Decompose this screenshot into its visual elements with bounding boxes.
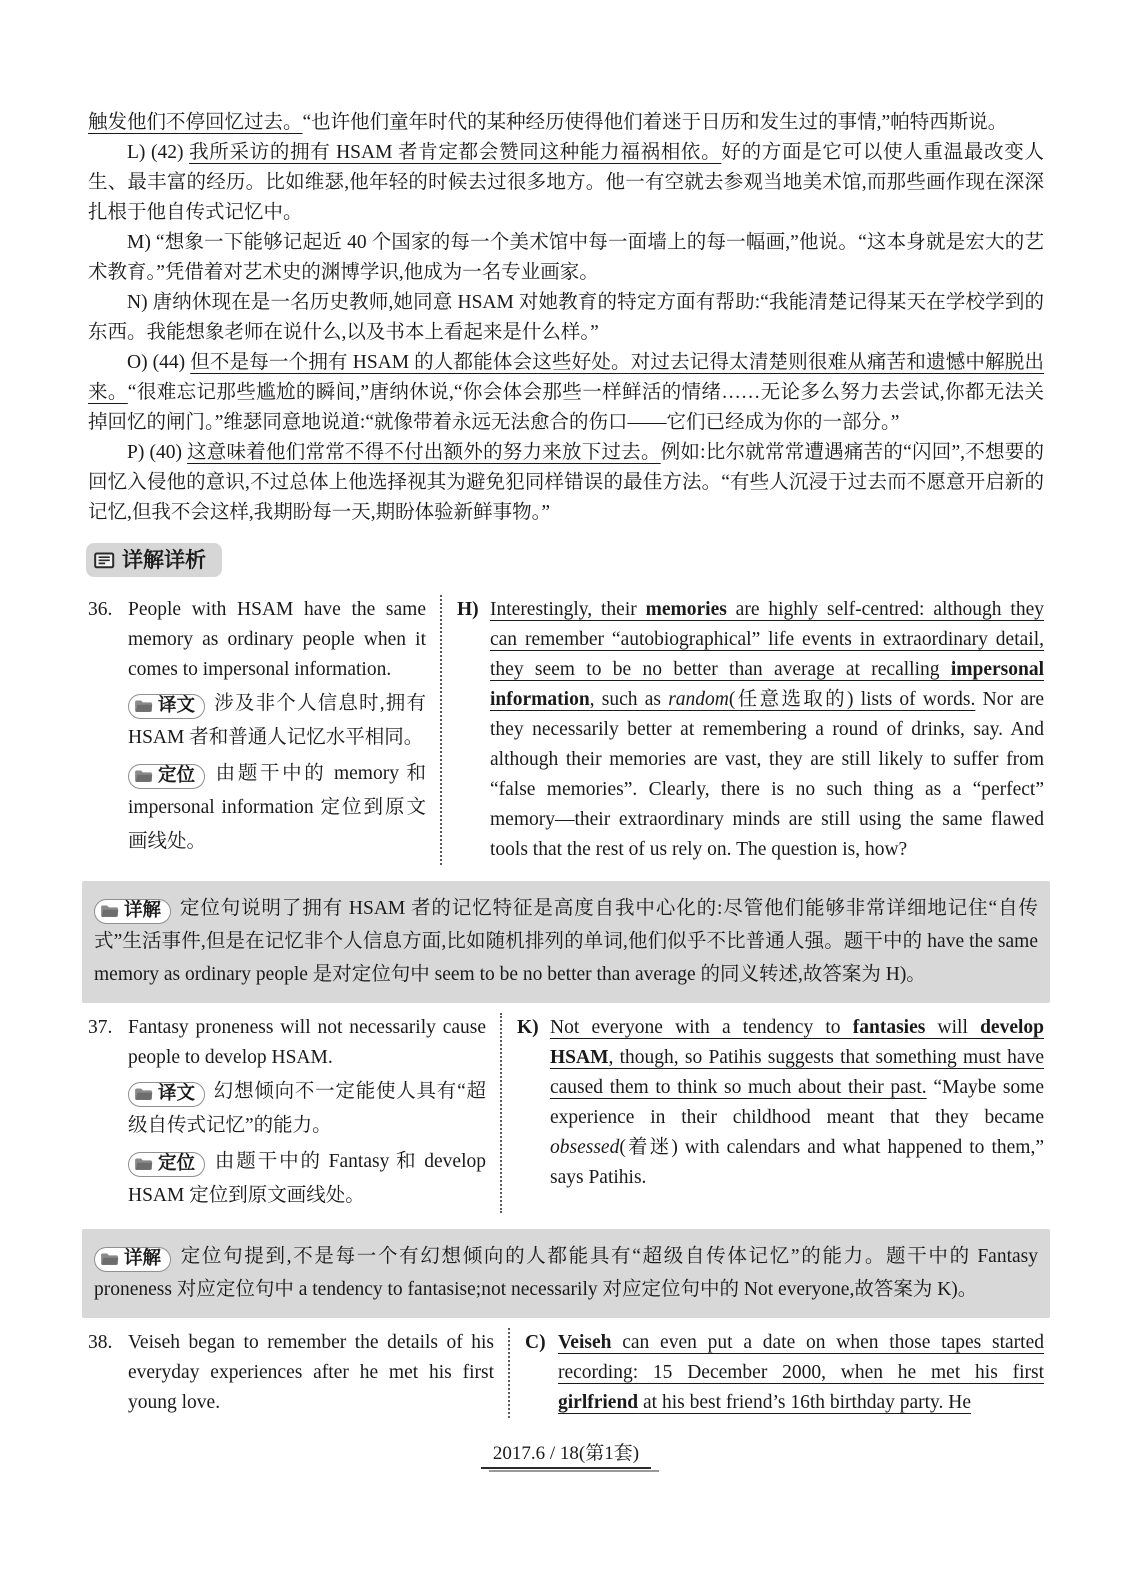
location-pill: 定位 xyxy=(128,1152,205,1177)
location-pill: 定位 xyxy=(128,764,205,789)
answer-36: H) Interestingly, their memories are hig… xyxy=(442,595,1044,865)
qa-row-36: 36. People with HSAM have the same memor… xyxy=(88,595,1044,865)
question-number: 38. xyxy=(88,1328,128,1418)
explanation-text: 定位句提到,不是每一个有幻想倾向的人都能具有“超级自传体记忆”的能力。题干中的 … xyxy=(94,1246,1038,1300)
explanation-box-36: 详解定位句说明了拥有 HSAM 者的记忆特征是高度自我中心化的:尽管他们能够非常… xyxy=(82,881,1050,1003)
explanation-box-37: 详解定位句提到,不是每一个有幻想倾向的人都能具有“超级自传体记忆”的能力。题干中… xyxy=(82,1229,1050,1318)
answer-text: Veiseh can even put a date on when those… xyxy=(558,1328,1044,1418)
document-page: 触发他们不停回忆过去。“也许他们童年时代的某种经历使得他们着迷于日历和发生过的事… xyxy=(0,0,1128,1571)
answer-37: K) Not everyone with a tendency to fanta… xyxy=(502,1013,1044,1213)
answer-letter: C) xyxy=(525,1328,558,1418)
answer-letter: H) xyxy=(457,595,490,865)
qa-row-38: 38. Veiseh began to remember the details… xyxy=(88,1328,1044,1418)
question-stem: People with HSAM have the same memory as… xyxy=(128,595,426,685)
section-header: 详解详析 xyxy=(86,543,222,577)
location-line: 定位由题干中的 Fantasy 和 develop HSAM 定位到原文画线处。 xyxy=(128,1145,486,1213)
question-stem: Veiseh began to remember the details of … xyxy=(128,1328,494,1418)
folder-icon xyxy=(100,1252,119,1266)
section-header-title: 详解详析 xyxy=(122,547,206,573)
passage-paragraph-L: L) (42) 我所采访的拥有 HSAM 者肯定都会赞同这种能力福祸相依。好的方… xyxy=(88,138,1044,228)
passage-paragraph-M: M) “想象一下能够记起近 40 个国家的每一个美术馆中每一面墙上的每一幅画,”… xyxy=(88,228,1044,288)
passage-paragraph-N: N) 唐纳休现在是一名历史教师,她同意 HSAM 对她教育的特定方面有帮助:“我… xyxy=(88,288,1044,348)
location-line: 定位由题干中的 memory 和 impersonal information … xyxy=(128,757,426,859)
answer-text: Interestingly, their memories are highly… xyxy=(490,595,1044,865)
passage-paragraph-O: O) (44) 但不是每一个拥有 HSAM 的人都能体会这些好处。对过去记得太清… xyxy=(88,348,1044,438)
footer-page-number: 2017.6 / 18(第1套) xyxy=(481,1438,651,1469)
translation-pill: 译文 xyxy=(128,1082,205,1107)
folder-icon xyxy=(134,1157,153,1171)
question-36: 36. People with HSAM have the same memor… xyxy=(88,595,440,865)
folder-icon xyxy=(100,904,119,918)
folder-icon xyxy=(134,699,153,713)
explanation-pill: 详解 xyxy=(94,899,171,924)
qa-row-37: 37. Fantasy proneness will not necessari… xyxy=(88,1013,1044,1213)
booklet-icon xyxy=(94,552,115,569)
explanation-text: 定位句说明了拥有 HSAM 者的记忆特征是高度自我中心化的:尽管他们能够非常详细… xyxy=(94,898,1038,985)
translation-line: 译文幻想倾向不一定能使人具有“超级自传式记忆”的能力。 xyxy=(128,1075,486,1143)
question-37: 37. Fantasy proneness will not necessari… xyxy=(88,1013,500,1213)
question-38: 38. Veiseh began to remember the details… xyxy=(88,1328,508,1418)
passage-paragraph: 触发他们不停回忆过去。“也许他们童年时代的某种经历使得他们着迷于日历和发生过的事… xyxy=(88,108,1044,138)
question-number: 36. xyxy=(88,595,128,859)
answer-text: Not everyone with a tendency to fantasie… xyxy=(550,1013,1044,1193)
answer-letter: K) xyxy=(517,1013,550,1193)
question-number: 37. xyxy=(88,1013,128,1213)
translation-line: 译文涉及非个人信息时,拥有 HSAM 者和普通人记忆水平相同。 xyxy=(128,687,426,755)
passage-paragraph-P: P) (40) 这意味着他们常常不得不付出额外的努力来放下过去。例如:比尔就常常… xyxy=(88,438,1044,528)
folder-icon xyxy=(134,1087,153,1101)
translation-pill: 译文 xyxy=(128,694,205,719)
folder-icon xyxy=(134,769,153,783)
explanation-pill: 详解 xyxy=(94,1247,171,1272)
page-footer: 2017.6 / 18(第1套) xyxy=(88,1438,1044,1469)
question-stem: Fantasy proneness will not necessarily c… xyxy=(128,1013,486,1073)
answer-38: C) Veiseh can even put a date on when th… xyxy=(510,1328,1044,1418)
passage-translation: 触发他们不停回忆过去。“也许他们童年时代的某种经历使得他们着迷于日历和发生过的事… xyxy=(88,108,1044,528)
